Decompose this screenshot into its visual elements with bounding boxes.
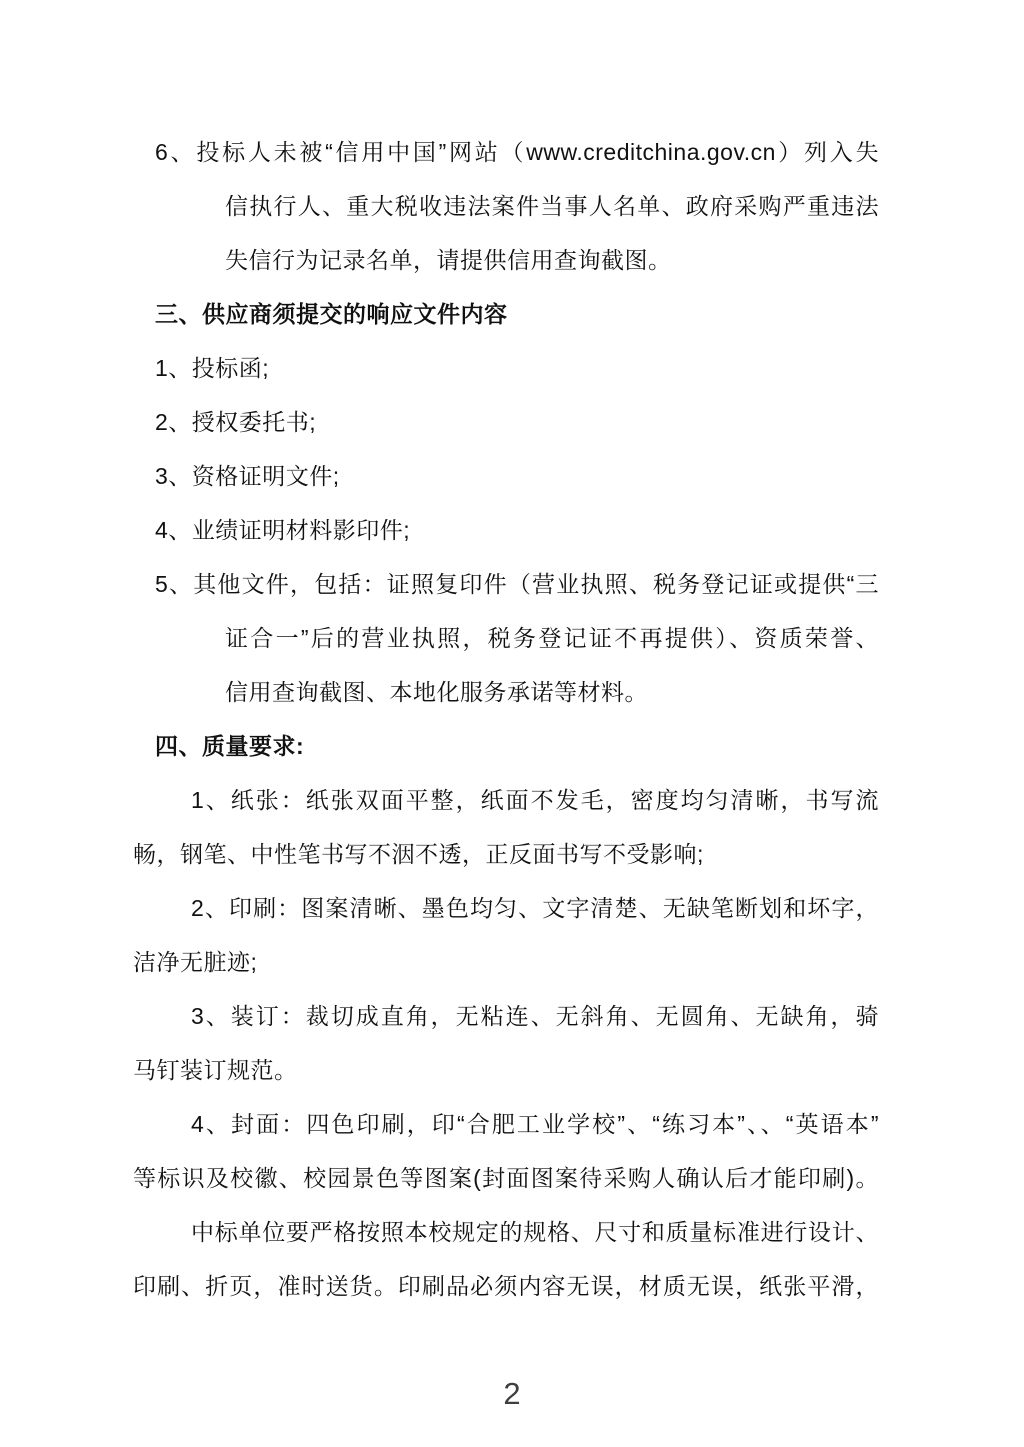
item5-line3: 信用查询截图、本地化服务承诺等材料。 xyxy=(133,665,879,719)
item4-line: 4、业绩证明材料影印件; xyxy=(133,503,879,557)
item5-line1: 5、其他文件，包括：证照复印件（营业执照、税务登记证或提供“三 xyxy=(133,557,879,611)
quality4-line1: 4、封面：四色印刷，印“合肥工业学校”、“练习本”、、“英语本” xyxy=(133,1097,879,1151)
quality4-line2: 等标识及校徽、校园景色等图案(封面图案待采购人确认后才能印刷)。 xyxy=(133,1151,879,1205)
closing-line2: 印刷、折页，准时送货。印刷品必须内容无误，材质无误，纸张平滑， xyxy=(133,1259,879,1313)
item1-line: 1、投标函; xyxy=(133,341,879,395)
document-body: 6、投标人未被“信用中国”网站（www.creditchina.gov.cn）列… xyxy=(133,125,879,1313)
page-number: 2 xyxy=(0,1372,1024,1416)
section3-heading: 三、供应商须提交的响应文件内容 xyxy=(133,287,879,341)
document-page: 6、投标人未被“信用中国”网站（www.creditchina.gov.cn）列… xyxy=(0,0,1024,1447)
item6-line2: 信执行人、重大税收违法案件当事人名单、政府采购严重违法 xyxy=(133,179,879,233)
item3-line: 3、资格证明文件; xyxy=(133,449,879,503)
item6-line3: 失信行为记录名单，请提供信用查询截图。 xyxy=(133,233,879,287)
quality1-line2: 畅，钢笔、中性笔书写不洇不透，正反面书写不受影响; xyxy=(133,827,879,881)
item5-line2: 证合一”后的营业执照，税务登记证不再提供）、资质荣誉、 xyxy=(133,611,879,665)
quality2-line1: 2、印刷：图案清晰、墨色均匀、文字清楚、无缺笔断划和坏字， xyxy=(133,881,879,935)
quality3-line2: 马钉装订规范。 xyxy=(133,1043,879,1097)
quality3-line1: 3、装订：裁切成直角，无粘连、无斜角、无圆角、无缺角，骑 xyxy=(133,989,879,1043)
quality1-line1: 1、纸张：纸张双面平整，纸面不发毛，密度均匀清晰，书写流 xyxy=(133,773,879,827)
closing-line1: 中标单位要严格按照本校规定的规格、尺寸和质量标准进行设计、 xyxy=(133,1205,879,1259)
section4-heading: 四、质量要求: xyxy=(133,719,879,773)
item2-line: 2、授权委托书; xyxy=(133,395,879,449)
quality2-line2: 洁净无脏迹; xyxy=(133,935,879,989)
item6-line1: 6、投标人未被“信用中国”网站（www.creditchina.gov.cn）列… xyxy=(133,125,879,179)
